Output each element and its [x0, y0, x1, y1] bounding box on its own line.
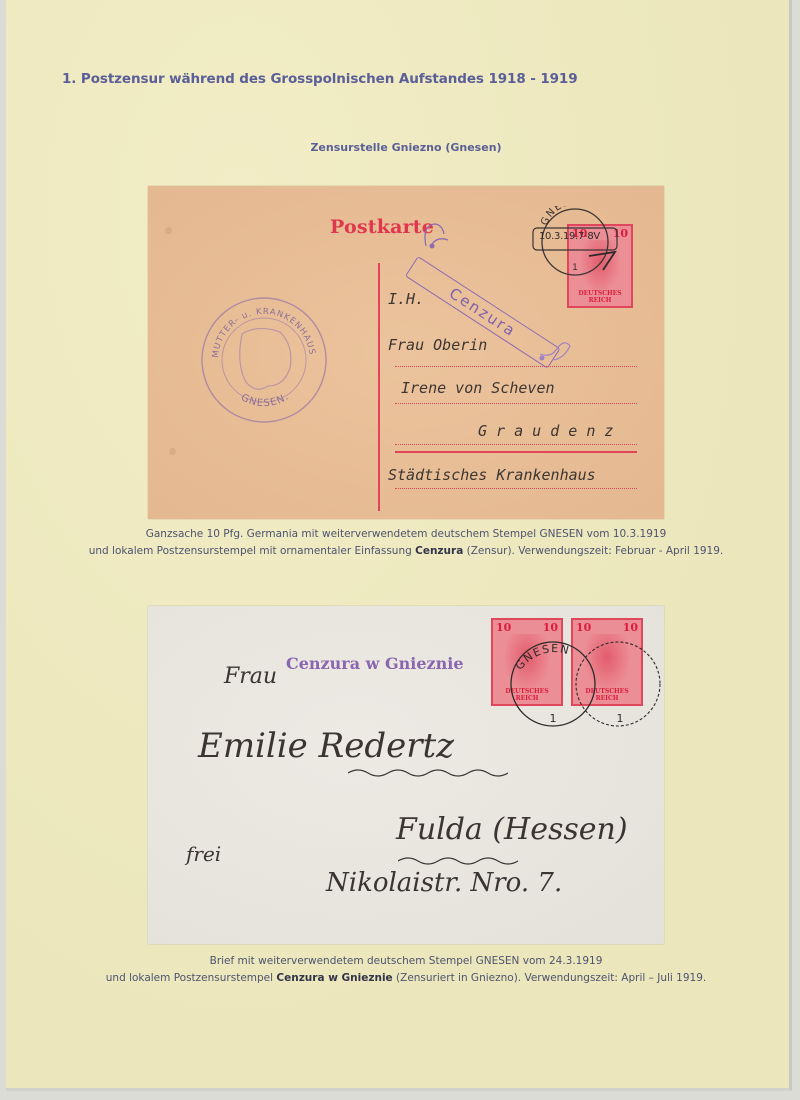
- handwritten-salutation: Frau: [224, 664, 277, 689]
- punch-hole: [165, 227, 172, 234]
- ornament-icon: [534, 328, 574, 364]
- stamp-value: 10: [496, 621, 511, 634]
- address-line: I.H.: [388, 290, 424, 308]
- underline-flourish-icon: [348, 766, 508, 780]
- address-line: G r a u d e n z: [478, 422, 613, 440]
- envelope-caption: Brief mit weiterverwendetem deutschem St…: [6, 953, 800, 987]
- stamp-label: DEUTSCHES REICH: [569, 290, 631, 304]
- postcard-caption: Ganzsache 10 Pfg. Germania mit weiterver…: [6, 526, 800, 560]
- handwritten-street: Nikolaistr. Nro. 7.: [326, 868, 562, 898]
- address-rule: [395, 444, 637, 445]
- postcard-divider: [378, 263, 380, 511]
- address-rule: [395, 403, 637, 404]
- stamp-value: 10: [623, 621, 638, 634]
- address-line: Irene von Scheven: [401, 379, 555, 397]
- postmark-ring-icon: GNESEN 1 1: [508, 636, 668, 736]
- svg-text:GNESEN: GNESEN: [513, 642, 572, 672]
- handwritten-note: frei: [186, 842, 221, 866]
- album-page: 1. Postzensur während des Grosspolnische…: [6, 0, 792, 1091]
- address-rule: [395, 451, 637, 453]
- punch-hole: [169, 448, 176, 455]
- address-rule: [395, 488, 637, 489]
- page-heading: 1. Postzensur während des Grosspolnische…: [62, 71, 578, 87]
- handwritten-name: Emilie Redertz: [198, 726, 454, 766]
- underline-flourish-icon: [398, 854, 528, 868]
- svg-text:1: 1: [550, 712, 557, 725]
- postmark-date: 10.3.19.7-8V: [539, 231, 600, 242]
- svg-text:1: 1: [572, 263, 578, 273]
- svg-text:1: 1: [617, 712, 624, 725]
- envelope-image: 10 10 DEUTSCHES REICH 10 10 DEUTSCHES RE…: [148, 606, 664, 944]
- stamp-value: 10: [543, 621, 558, 634]
- address-rule: [395, 366, 637, 367]
- caption-line: Ganzsache 10 Pfg. Germania mit weiterver…: [6, 526, 800, 543]
- postmark: GNESEN 1 10.3.19.7-8V: [529, 206, 621, 278]
- postcard-image: Postkarte MUTTER- u. KRANKENHAUS V.F.V. …: [148, 186, 664, 519]
- ornament-icon: [418, 216, 458, 256]
- svg-text:GNESEN.: GNESEN.: [239, 391, 291, 409]
- handwritten-city: Fulda (Hessen): [396, 812, 628, 847]
- censor-stamp-cenzura-w-gnieznie: Cenzura w Gnieznie: [286, 654, 464, 673]
- caption-line: und lokalem Postzensurstempel mit orname…: [6, 543, 800, 560]
- svg-text:MUTTER- u. KRANKENHAUS V.F.V.: MUTTER- u. KRANKENHAUS V.F.V.: [198, 294, 317, 360]
- address-line: Städtisches Krankenhaus: [388, 466, 596, 484]
- postmark-ring-icon: GNESEN 1: [529, 206, 621, 278]
- caption-line: Brief mit weiterverwendetem deutschem St…: [6, 953, 800, 970]
- caption-line: und lokalem Postzensurstempel Cenzura w …: [6, 970, 800, 987]
- stamp-value: 10: [576, 621, 591, 634]
- section-subheading: Zensurstelle Gniezno (Gnesen): [6, 141, 800, 154]
- address-line: Frau Oberin: [388, 336, 487, 354]
- hospital-seal-icon: MUTTER- u. KRANKENHAUS V.F.V. GNESEN.: [198, 294, 330, 426]
